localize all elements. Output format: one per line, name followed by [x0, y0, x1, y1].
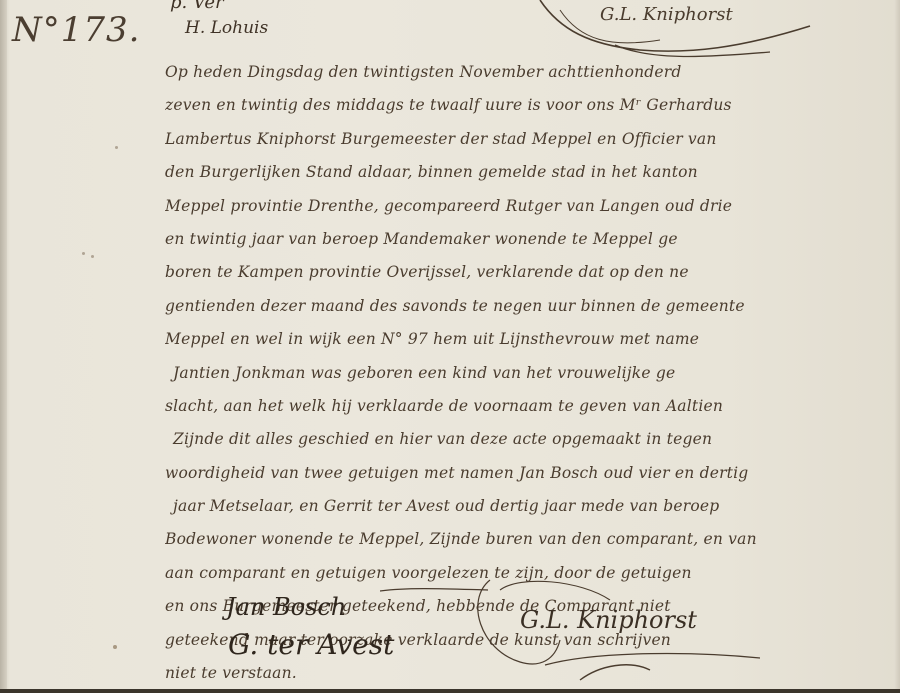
paper-speck	[113, 645, 117, 649]
page-right-edge	[894, 0, 900, 693]
body-line: Meppel provintie Drenthe, gecompareerd R…	[165, 190, 883, 223]
body-line: Lambertus Kniphorst Burgemeester der sta…	[165, 123, 883, 156]
body-line: Op heden Dingsdag den twintigsten Novemb…	[165, 56, 883, 89]
body-line: Jantien Jonkman was geboren een kind van…	[165, 357, 883, 390]
body-line: Zijnde dit alles geschied en hier van de…	[165, 423, 883, 456]
body-line: slacht, aan het welk hij verklaarde de v…	[165, 390, 883, 423]
record-number: N°173.	[12, 10, 140, 50]
body-line: boren te Kampen provintie Overijssel, ve…	[165, 256, 883, 289]
body-line: gentienden dezer maand des savonds te ne…	[165, 290, 883, 323]
top-note-name: H. Lohuis	[185, 18, 268, 38]
mayor-signature: G.L. Kniphorst	[520, 606, 697, 634]
document-page: N°173. p. Ver H. Lohuis G.L. Kniphorst O…	[0, 0, 900, 693]
body-line: den Burgerlijken Stand aldaar, binnen ge…	[165, 156, 883, 189]
paper-speck	[82, 252, 85, 255]
paper-speck	[91, 255, 94, 258]
top-note-signature-fragment: p. Ver	[170, 0, 224, 13]
body-line: Meppel en wel in wijk een N° 97 hem uit …	[165, 323, 883, 356]
body-line: Bodewoner wonende te Meppel, Zijnde bure…	[165, 523, 883, 556]
binding-edge	[0, 0, 7, 693]
body-line: zeven en twintig des middags te twaalf u…	[165, 89, 883, 122]
witness-signatures: Jan Bosch G. ter Avest	[226, 588, 394, 664]
witness-signature-ter-avest: G. ter Avest	[226, 626, 394, 664]
top-signature: G.L. Kniphorst	[600, 4, 733, 25]
paper-speck	[115, 146, 118, 149]
witness-signature-jan-bosch: Jan Bosch	[226, 588, 394, 626]
body-line: en twintig jaar van beroep Mandemaker wo…	[165, 223, 883, 256]
body-line: woordigheid van twee getuigen met namen …	[165, 457, 883, 490]
page-bottom-edge	[0, 689, 900, 693]
body-line: aan comparant en getuigen voorgelezen te…	[165, 557, 883, 590]
body-line: jaar Metselaar, en Gerrit ter Avest oud …	[165, 490, 883, 523]
